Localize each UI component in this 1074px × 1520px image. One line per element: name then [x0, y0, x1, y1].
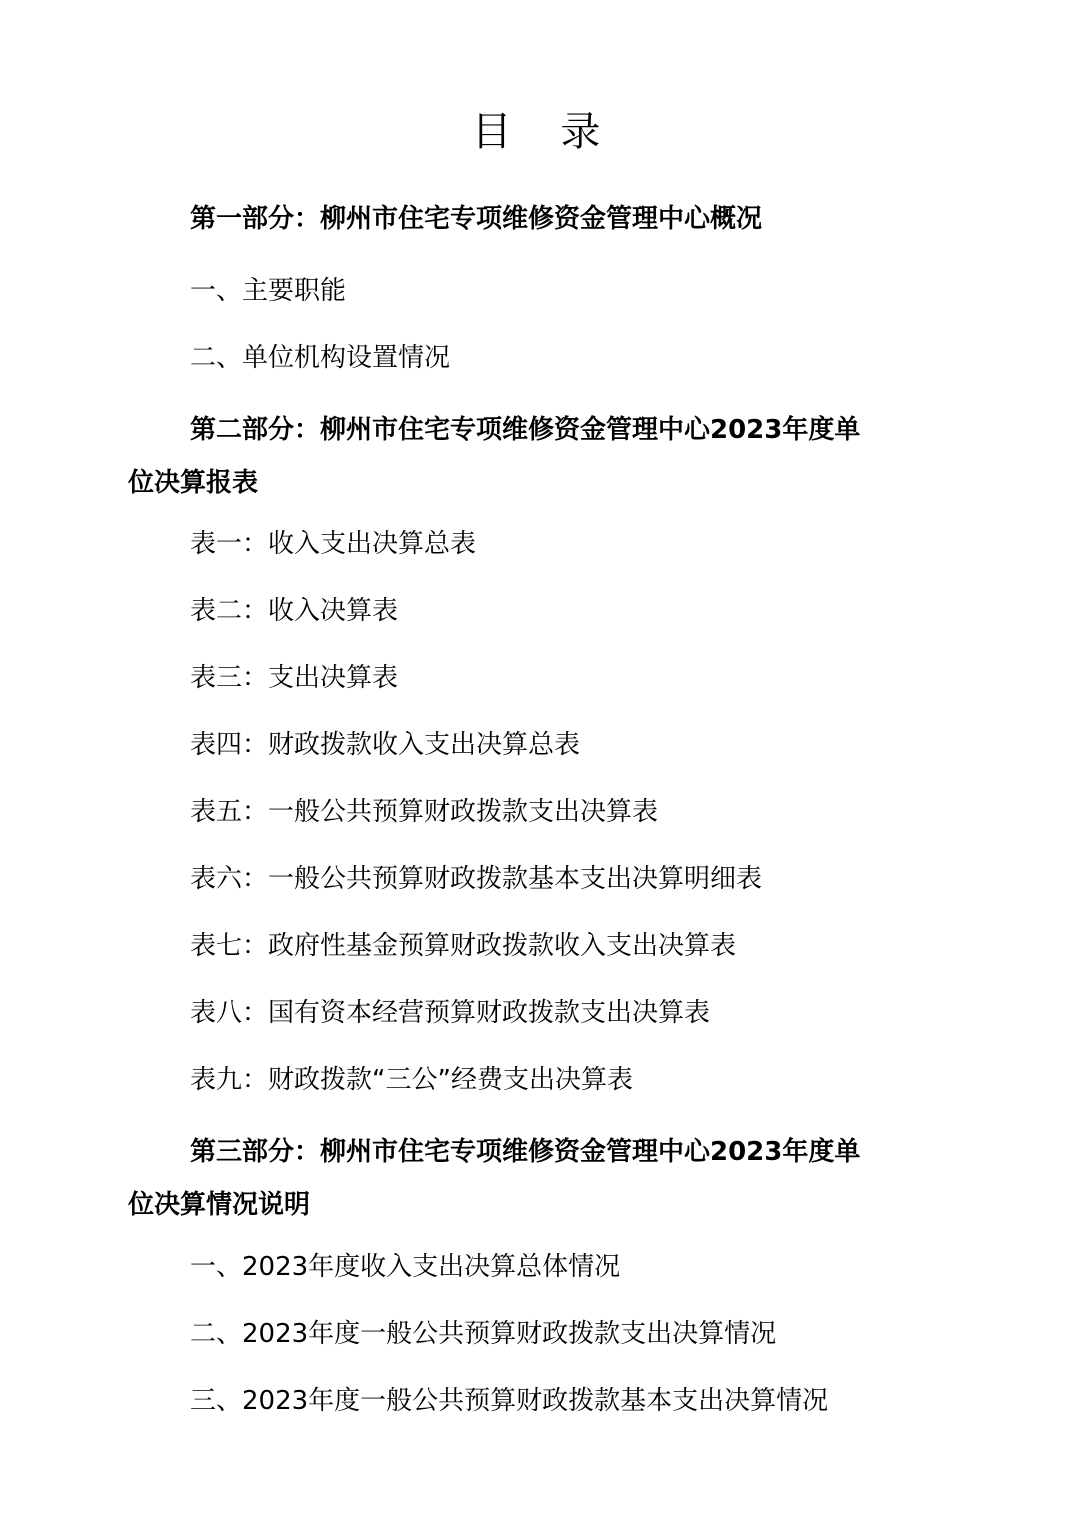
- toc-item[interactable]: 表七：政府性基金预算财政拨款收入支出决算表: [190, 928, 736, 964]
- toc-part-3-heading[interactable]: 第三部分：柳州市住宅专项维修资金管理中心2023年度单位决算情况说明: [128, 1126, 868, 1232]
- toc-part-2-heading[interactable]: 第二部分：柳州市住宅专项维修资金管理中心2023年度单位决算报表: [128, 404, 868, 510]
- toc-item[interactable]: 表八：国有资本经营预算财政拨款支出决算表: [190, 995, 710, 1031]
- toc-item[interactable]: 表五：一般公共预算财政拨款支出决算表: [190, 794, 658, 830]
- toc-title: 目 录: [0, 104, 1074, 160]
- toc-item[interactable]: 表二：收入决算表: [190, 593, 398, 629]
- toc-item[interactable]: 表六：一般公共预算财政拨款基本支出决算明细表: [190, 861, 762, 897]
- toc-item[interactable]: 三、2023年度一般公共预算财政拨款基本支出决算情况: [190, 1383, 828, 1419]
- toc-item[interactable]: 二、2023年度一般公共预算财政拨款支出决算情况: [190, 1316, 776, 1352]
- toc-item[interactable]: 表一：收入支出决算总表: [190, 526, 476, 562]
- toc-item[interactable]: 二、单位机构设置情况: [190, 340, 450, 376]
- toc-part-1-heading[interactable]: 第一部分：柳州市住宅专项维修资金管理中心概况: [190, 201, 762, 237]
- toc-item[interactable]: 表三：支出决算表: [190, 660, 398, 696]
- toc-item[interactable]: 一、主要职能: [190, 273, 346, 309]
- toc-item[interactable]: 表四：财政拨款收入支出决算总表: [190, 727, 580, 763]
- toc-item[interactable]: 表九：财政拨款“三公”经费支出决算表: [190, 1062, 633, 1098]
- toc-item[interactable]: 一、2023年度收入支出决算总体情况: [190, 1249, 620, 1285]
